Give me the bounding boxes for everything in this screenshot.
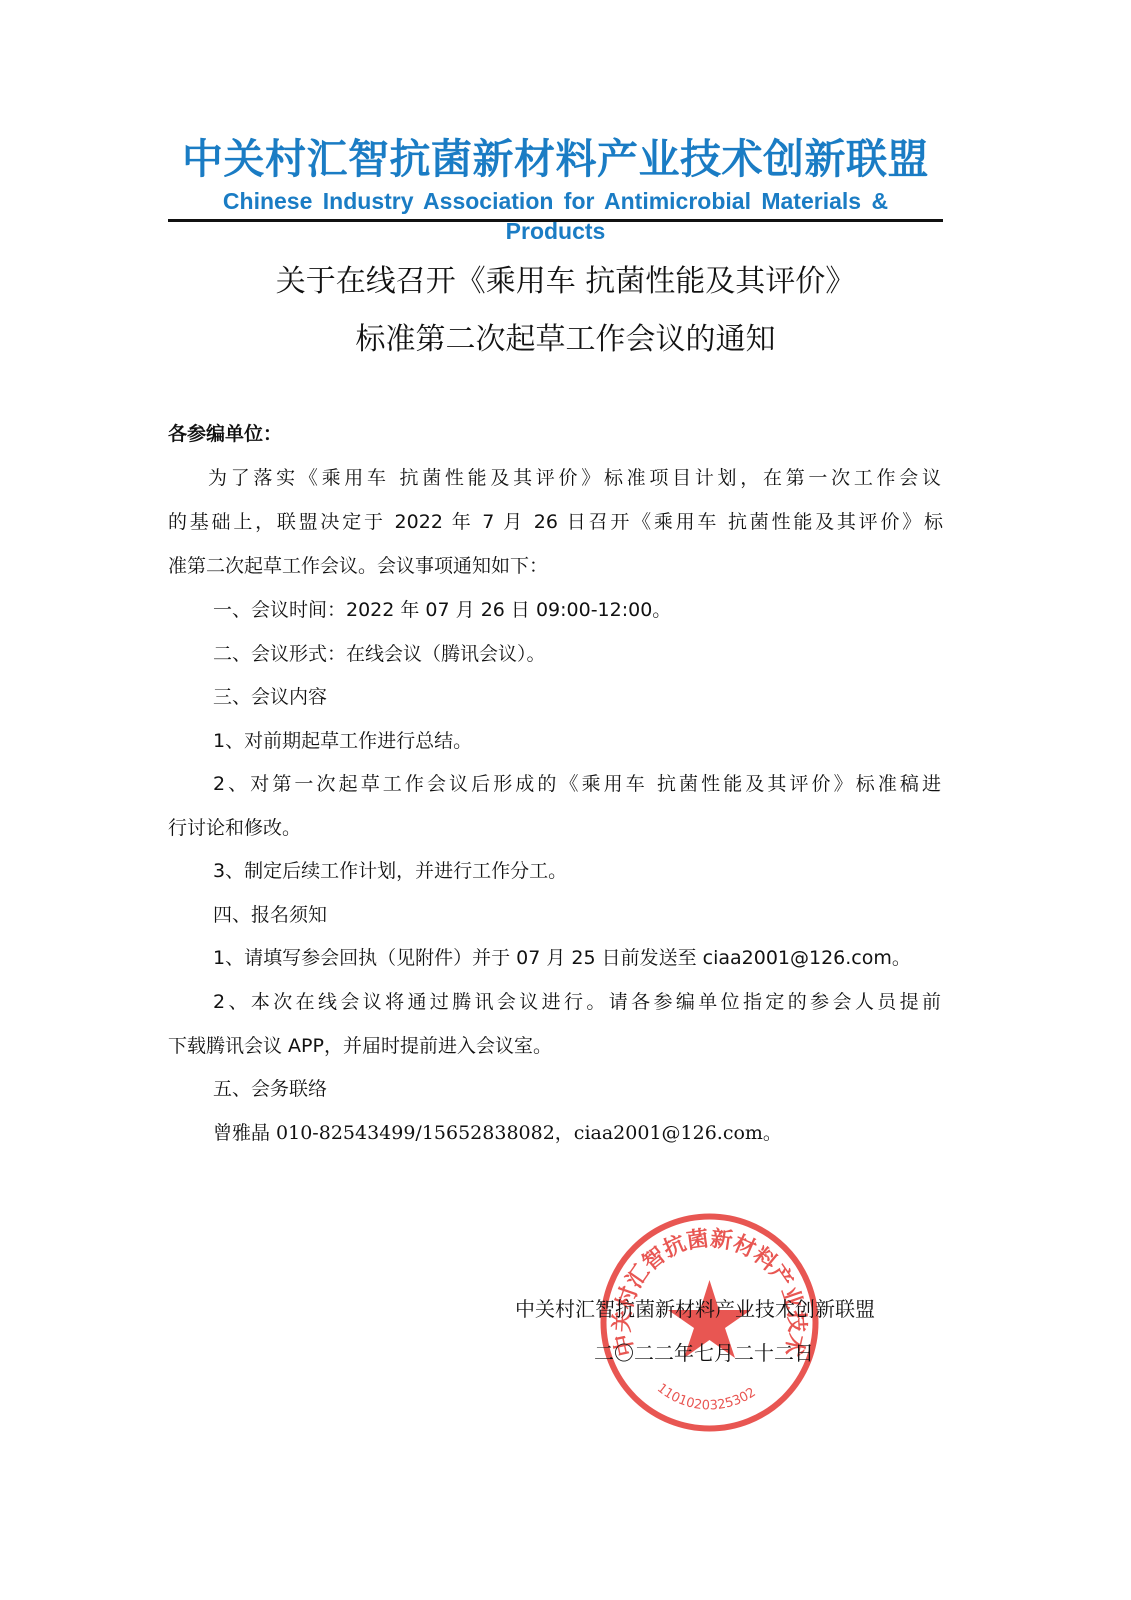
svg-text:1101020325302: 1101020325302 [654, 1381, 759, 1414]
content-item-3: 3、制定后续工作计划，并进行工作分工。 [213, 858, 567, 884]
section-registration: 四、报名须知 [213, 902, 327, 928]
intro-line-1: 为了落实《乘用车 抗菌性能及其评价》标准项目计划，在第一次工作会议 [208, 465, 941, 491]
content-item-2b: 行讨论和修改。 [168, 815, 301, 841]
letterhead-chinese-name: 中关村汇智抗菌新材料产业技术创新联盟 [168, 132, 943, 186]
section-meeting-time: 一、会议时间：2022 年 07 月 26 日 09:00-12:00。 [213, 597, 671, 623]
section-contact: 五、会务联络 [213, 1076, 327, 1102]
registration-item-2a: 2、本次在线会议将通过腾讯会议进行。请各参编单位指定的参会人员提前 [213, 989, 941, 1015]
content-item-2a: 2、对第一次起草工作会议后形成的《乘用车 抗菌性能及其评价》标准稿进 [213, 771, 941, 797]
section-meeting-format: 二、会议形式：在线会议（腾讯会议）。 [213, 641, 546, 667]
signature-date: 二〇二二年七月二十二日 [594, 1337, 814, 1366]
letterhead-divider [168, 219, 943, 222]
registration-item-2b: 下载腾讯会议 APP，并届时提前进入会议室。 [168, 1033, 552, 1059]
signature-organization: 中关村汇智抗菌新材料产业技术创新联盟 [515, 1293, 875, 1322]
registration-item-1: 1、请填写参会回执（见附件）并于 07 月 25 日前发送至 ciaa2001@… [213, 945, 911, 971]
intro-line-2: 的基础上，联盟决定于 2022 年 7 月 26 日召开《乘用车 抗菌性能及其评… [168, 509, 943, 535]
document-title-line-2: 标准第二次起草工作会议的通知 [0, 320, 1131, 360]
content-item-1: 1、对前期起草工作进行总结。 [213, 728, 472, 754]
section-meeting-content: 三、会议内容 [213, 684, 327, 710]
contact-details: 曾雅晶 010-82543499/15652838082，ciaa2001@12… [213, 1120, 782, 1146]
letterhead-english-name: Chinese Industry Association for Antimic… [168, 186, 943, 246]
salutation: 各参编单位： [168, 421, 282, 447]
document-title-line-1: 关于在线召开《乘用车 抗菌性能及其评价》 [0, 262, 1131, 302]
intro-line-3: 准第二次起草工作会议。会议事项通知如下： [168, 553, 548, 579]
official-seal-icon: 中关村汇智抗菌新材料产业技术创新联盟 1101020325302 [597, 1210, 822, 1435]
